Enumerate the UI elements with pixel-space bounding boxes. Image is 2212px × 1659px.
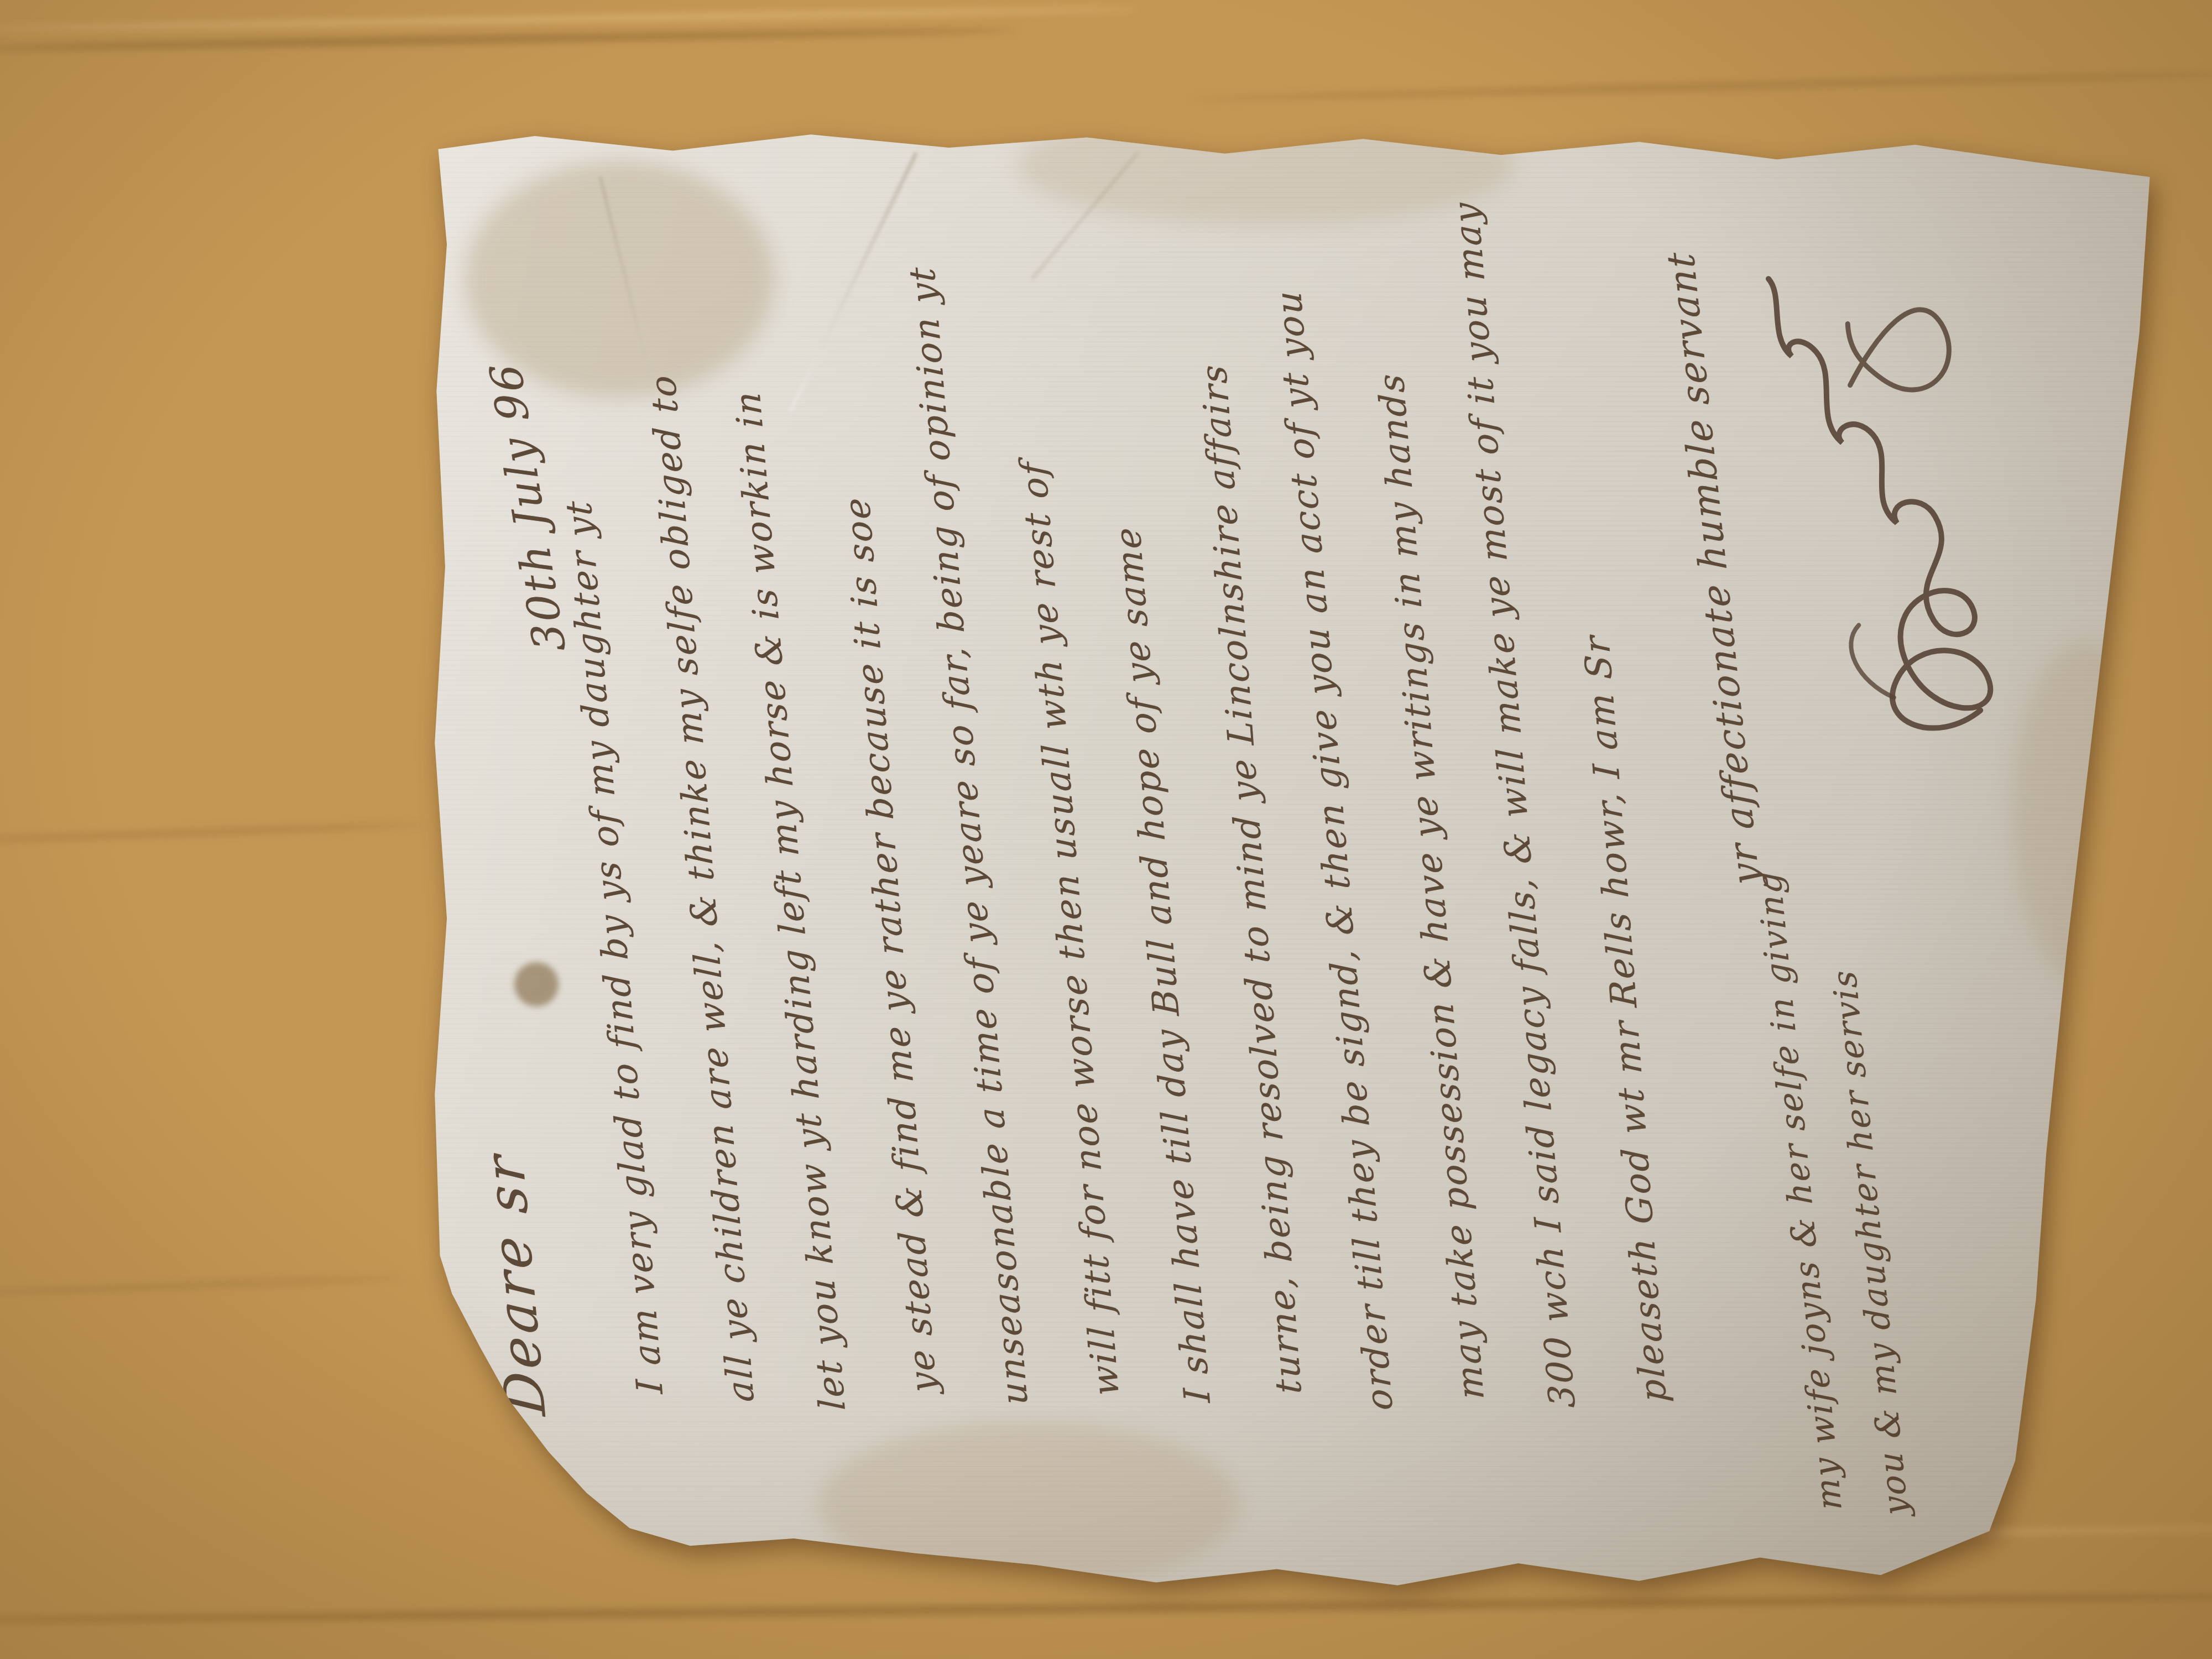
photo-vignette [0,0,2212,1659]
photograph-canvas: { "scene": { "description": "photograph … [0,0,2212,1659]
